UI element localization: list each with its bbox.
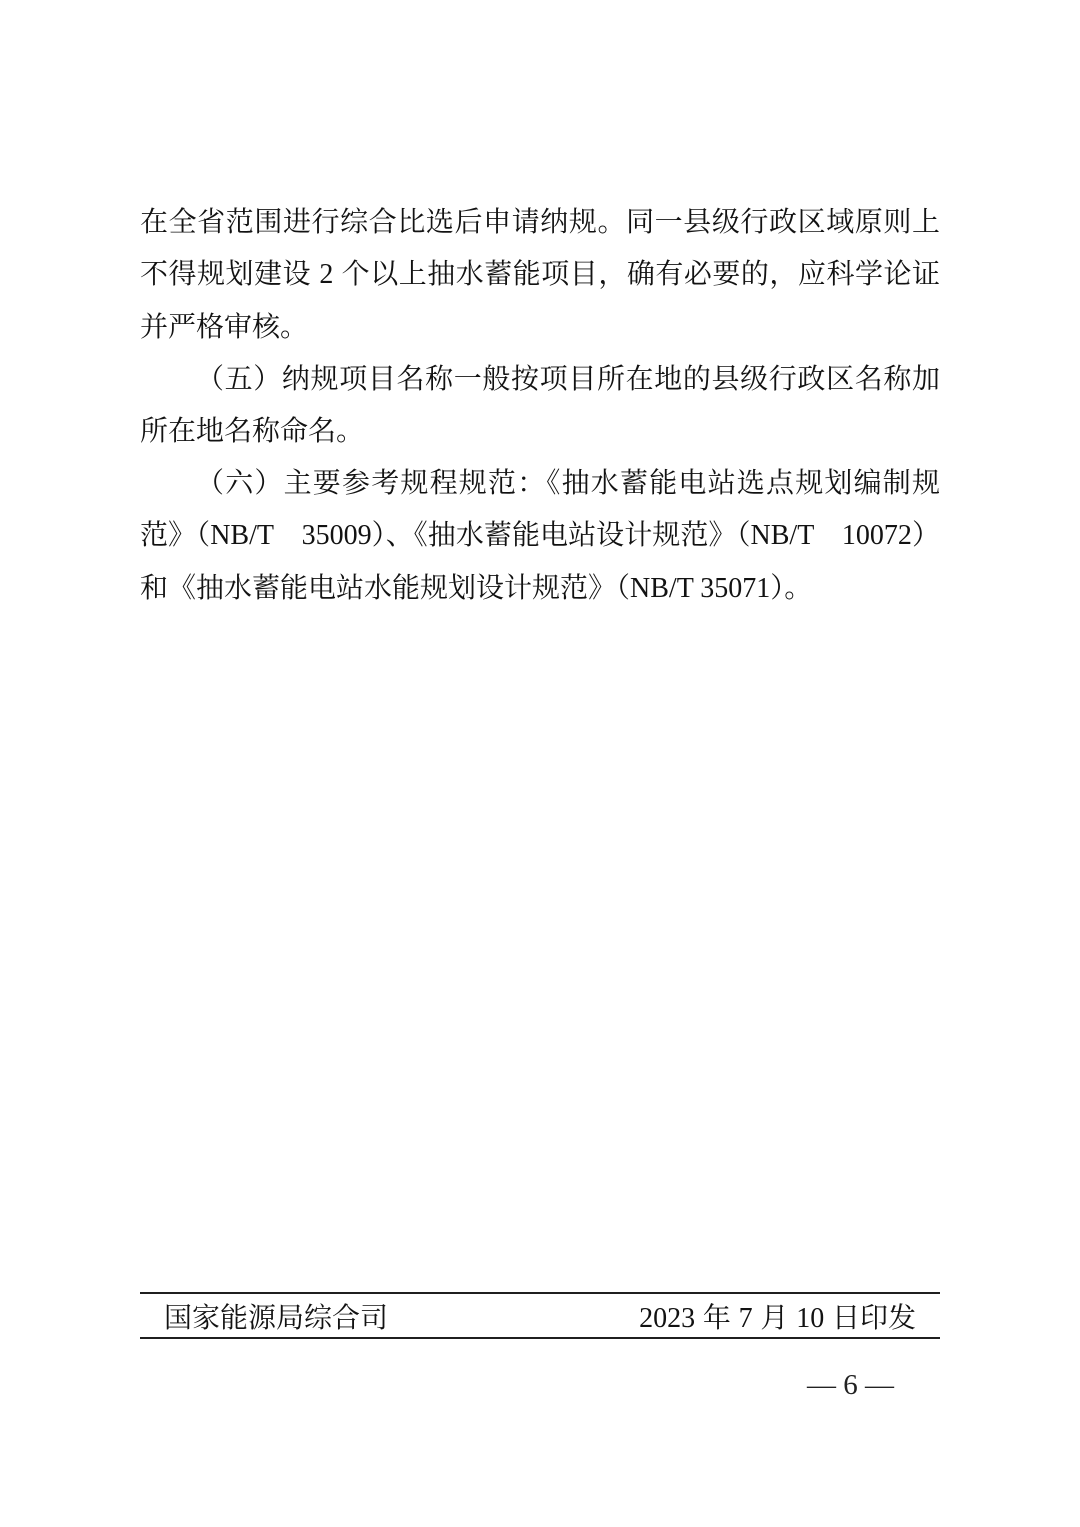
paragraph-3: （六）主要参考规程规范：《抽水蓄能电站选点规划编制规范》（NB/T 35009）… — [140, 457, 940, 615]
text-run: 2023 — [639, 1303, 695, 1334]
text-run: ）。 — [770, 572, 812, 603]
text-run: NB/T 35009 — [210, 520, 371, 551]
document-body: 在全省范围进行综合比选后申请纳规。同一县级行政区域原则上不得规划建设 2 个以上… — [140, 196, 940, 615]
paragraph-2: （五）纳规项目名称一般按项目所在地的县级行政区名称加所在地名称命名。 — [140, 353, 940, 457]
text-run: 月 — [753, 1302, 797, 1333]
issuer-name: 国家能源局综合司 — [164, 1296, 388, 1336]
colophon-bar: 国家能源局综合司 2023 年 7 月 10 日印发 — [140, 1292, 940, 1339]
page-number: — 6 — — [140, 1369, 940, 1402]
text-run: （五）纳规项目名称一般按项目所在地的县级行政区名称加所在地名称命名。 — [140, 363, 940, 446]
document-page: 在全省范围进行综合比选后申请纳规。同一县级行政区域原则上不得规划建设 2 个以上… — [0, 0, 1080, 1527]
text-run: ）、《抽水蓄能电站设计规范》（ — [372, 519, 751, 550]
text-run: 2 — [319, 259, 333, 290]
paragraph-1: 在全省范围进行综合比选后申请纳规。同一县级行政区域原则上不得规划建设 2 个以上… — [140, 196, 940, 353]
text-run: 年 — [695, 1302, 739, 1333]
text-run: NB/T 35071 — [630, 573, 770, 604]
text-run: 日印发 — [824, 1302, 916, 1333]
print-date: 2023 年 7 月 10 日印发 — [639, 1296, 916, 1336]
text-run: 10 — [796, 1303, 824, 1334]
text-run: NB/T 10072 — [751, 520, 912, 551]
text-run: 7 — [739, 1303, 753, 1334]
